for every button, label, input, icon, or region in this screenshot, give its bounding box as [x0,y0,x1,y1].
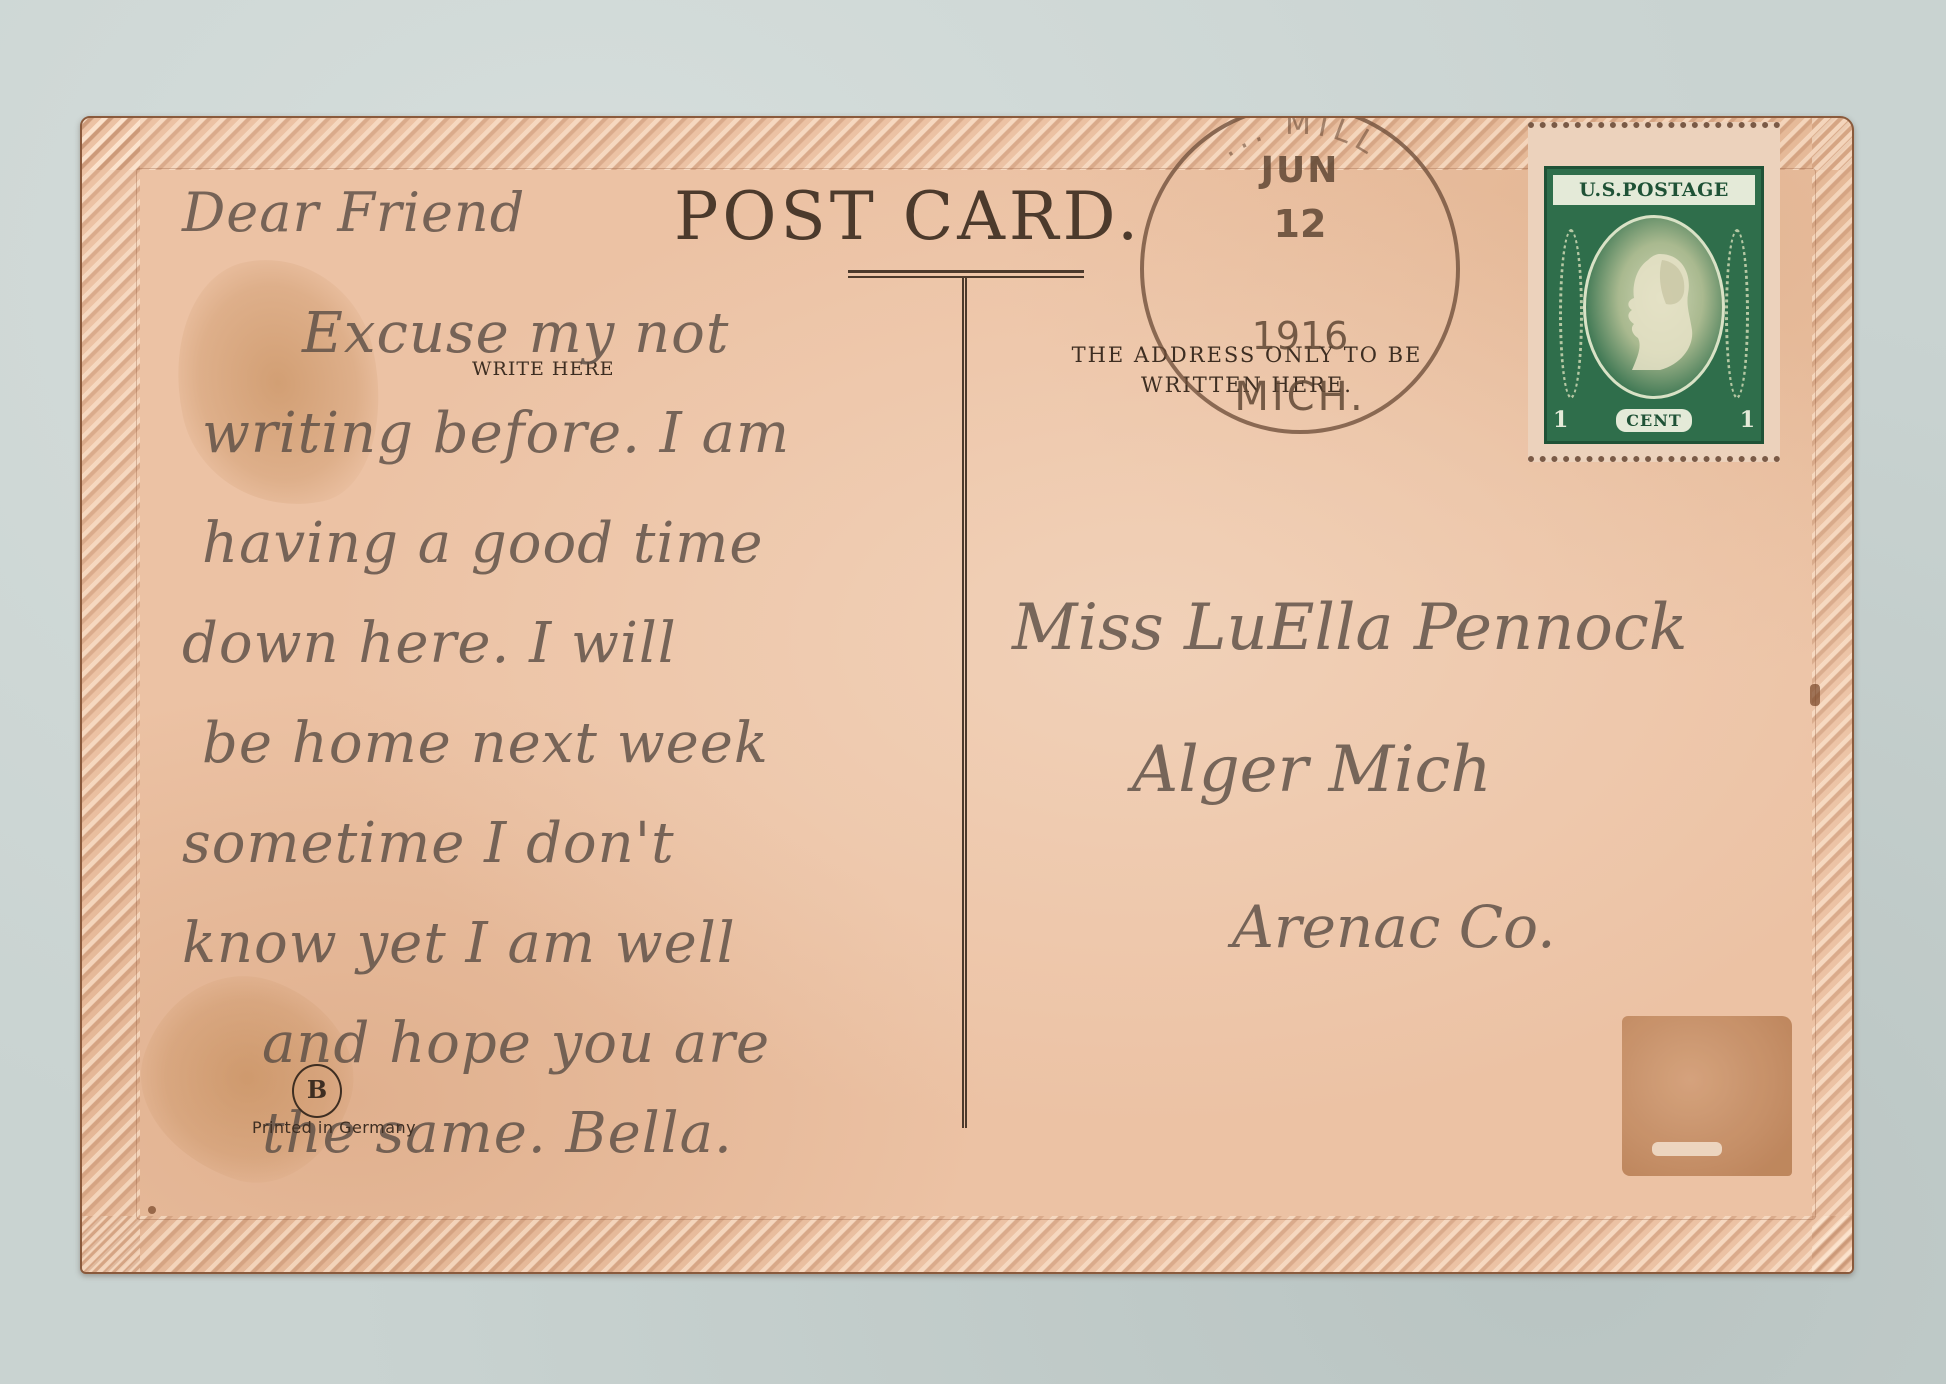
message-line: Excuse my not [302,306,729,362]
postmark-month: JUN [1235,150,1365,191]
postcard: POST CARD. WRITE HERE THE ADDRESS ONLY T… [80,116,1854,1274]
message-line: be home next week [202,716,769,772]
tape-residue-mark [1622,1016,1792,1176]
washington-portrait-icon [1612,246,1702,376]
postmark-day: 12 [1235,202,1365,246]
message-line: down here. I will [182,616,677,672]
ink-speck [1810,684,1820,706]
laurel-wreath-icon [1725,229,1749,399]
postage-stamp: U.S.POSTAGE 1 CENT 1 [1528,122,1780,462]
message-line: having a good time [202,516,763,572]
address-line-county: Arenac Co. [1232,898,1556,956]
stamp-denomination: 1 CENT 1 [1553,405,1755,435]
embossed-border-left [82,118,140,1272]
message-line: and hope you are [262,1016,770,1072]
printed-in-germany-label: Printed in Germany [252,1118,416,1137]
message-line: writing before. I am [202,406,790,462]
divider-line [962,278,967,1128]
stamp-denomination-right: 1 [1740,407,1755,433]
postmark: ... MILL JUN 12 1916 MICH. [1140,116,1460,434]
laurel-wreath-icon [1559,229,1583,399]
portrait-oval [1583,215,1725,399]
postmark-year: 1916 [1235,314,1365,358]
publisher-logo-icon: B [292,1064,342,1118]
stamp-face: U.S.POSTAGE 1 CENT 1 [1544,166,1764,444]
address-line-recipient: Miss LuElla Pennock [1012,596,1688,660]
stamp-header: U.S.POSTAGE [1553,175,1755,205]
ink-speck [148,1206,156,1214]
address-line-town: Alger Mich [1132,738,1492,802]
postmark-state: MICH. [1200,374,1400,420]
stamp-denomination-left: 1 [1553,407,1568,433]
message-line: sometime I don't [182,816,675,872]
stamp-denomination-label: CENT [1616,409,1691,432]
message-line: know yet I am well [182,916,736,972]
message-line: Dear Friend [182,186,525,240]
